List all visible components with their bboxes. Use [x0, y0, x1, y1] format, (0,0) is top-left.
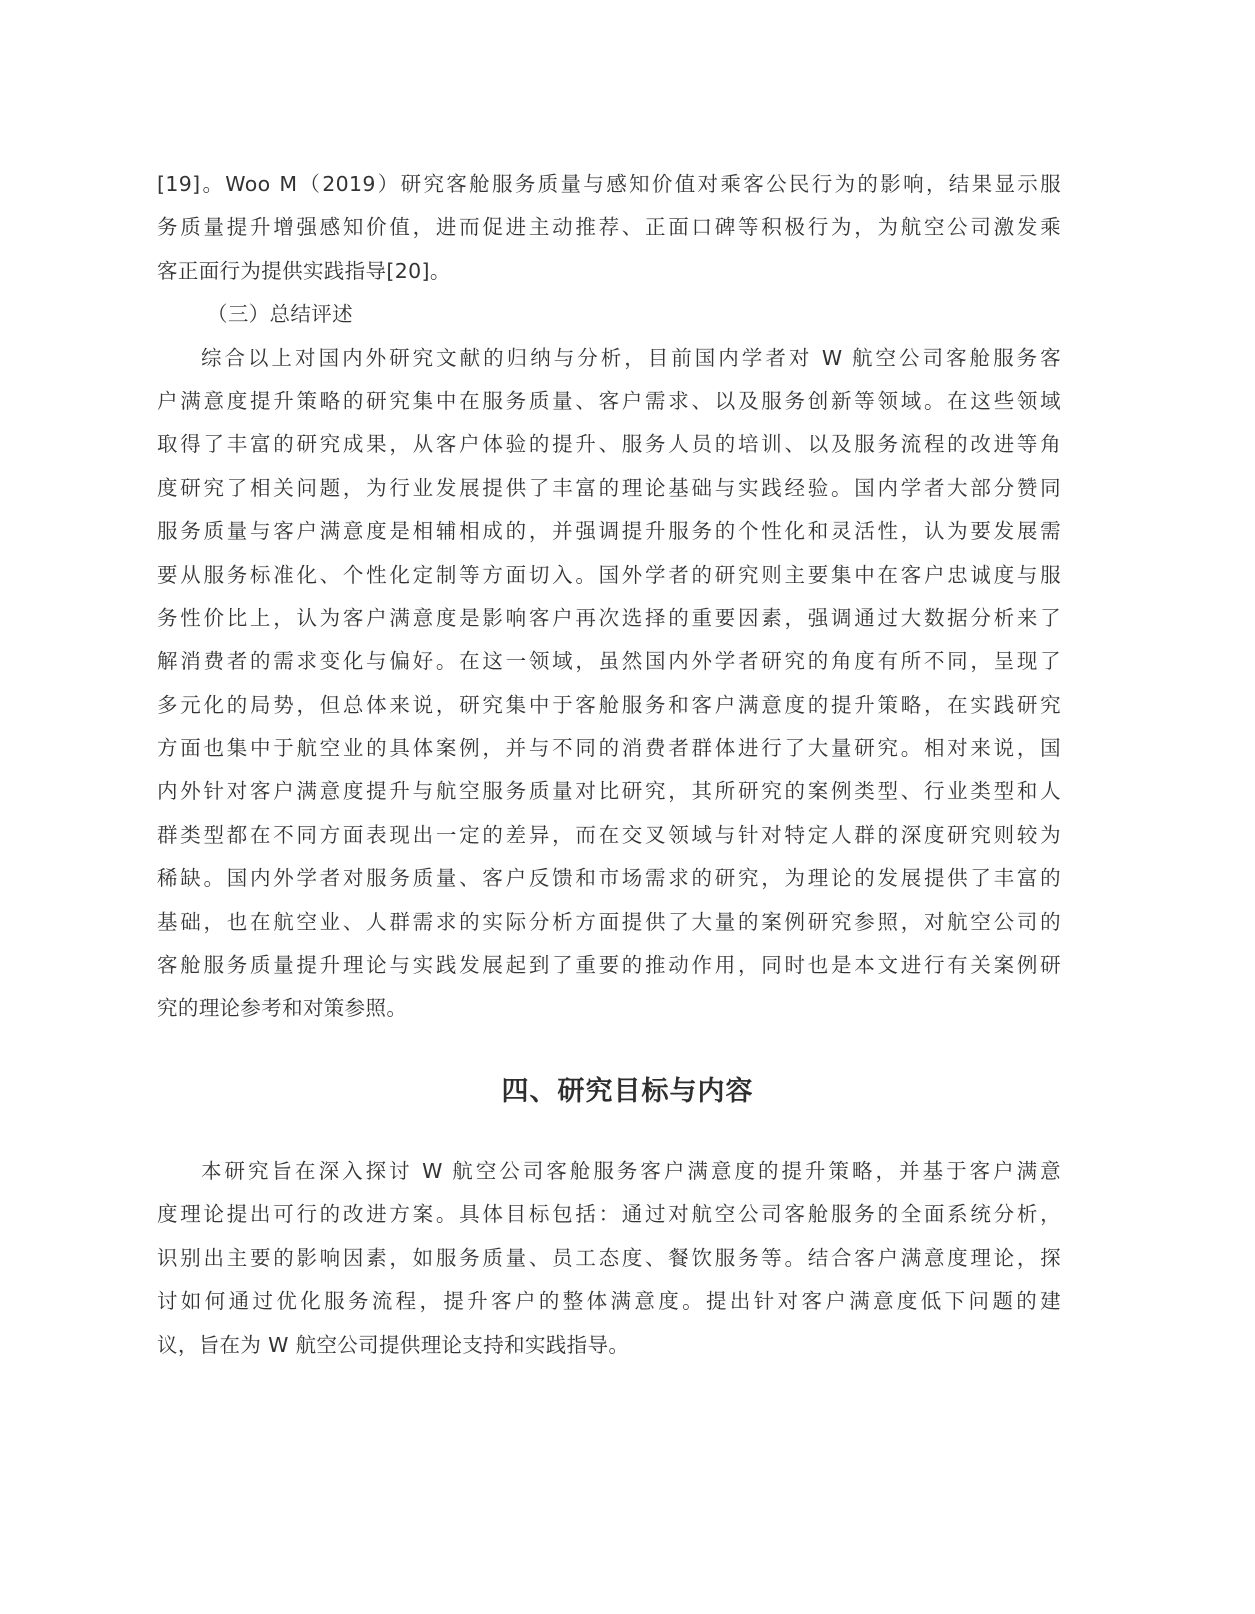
paragraph-line: 究的理论参考和对策参照。 [157, 987, 1061, 1030]
research-goals-paragraph: 本研究旨在深入探讨 W 航空公司客舱服务客户满意度的提升策略，并基于客户满意 度… [157, 1150, 1061, 1367]
paragraph-line: 要从服务标准化、个性化定制等方面切入。国外学者的研究则主要集中在客户忠诚度与服 [157, 554, 1061, 597]
paragraph-line: 讨如何通过优化服务流程，提升客户的整体满意度。提出针对客户满意度低下问题的建 [157, 1280, 1061, 1323]
paragraph-line: 稀缺。国内外学者对服务质量、客户反馈和市场需求的研究，为理论的发展提供了丰富的 [157, 857, 1061, 900]
paragraph-line: 内外针对客户满意度提升与航空服务质量对比研究，其所研究的案例类型、行业类型和人 [157, 770, 1061, 813]
paragraph-line: 务质量提升增强感知价值，进而促进主动推荐、正面口碑等积极行为，为航空公司激发乘 [157, 206, 1061, 249]
paragraph-line: 客舱服务质量提升理论与实践发展起到了重要的推动作用，同时也是本文进行有关案例研 [157, 944, 1061, 987]
paragraph-line: 议，旨在为 W 航空公司提供理论支持和实践指导。 [157, 1324, 1061, 1367]
document-body: [19]。Woo M（2019）研究客舱服务质量与感知价值对乘客公民行为的影响，… [157, 163, 1061, 1031]
paragraph-line: 取得了丰富的研究成果，从客户体验的提升、服务人员的培训、以及服务流程的改进等角 [157, 423, 1061, 466]
subsection-title: （三）总结评述 [157, 293, 1061, 336]
paragraph-line: 识别出主要的影响因素，如服务质量、员工态度、餐饮服务等。结合客户满意度理论，探 [157, 1237, 1061, 1280]
paragraph-line: 方面也集中于航空业的具体案例，并与不同的消费者群体进行了大量研究。相对来说，国 [157, 727, 1061, 770]
paragraph-line: 本研究旨在深入探讨 W 航空公司客舱服务客户满意度的提升策略，并基于客户满意 [157, 1150, 1061, 1193]
paragraph-line: 务性价比上，认为客户满意度是影响客户再次选择的重要因素，强调通过大数据分析来了 [157, 597, 1061, 640]
paragraph-line: 多元化的局势，但总体来说，研究集中于客舱服务和客户满意度的提升策略，在实践研究 [157, 684, 1061, 727]
paragraph-line: 群类型都在不同方面表现出一定的差异，而在交叉领域与针对特定人群的深度研究则较为 [157, 814, 1061, 857]
paragraph-line: 基础，也在航空业、人群需求的实际分析方面提供了大量的案例研究参照，对航空公司的 [157, 901, 1061, 944]
paragraph-line: 度理论提出可行的改进方案。具体目标包括：通过对航空公司客舱服务的全面系统分析， [157, 1193, 1061, 1236]
paragraph-line: 客正面行为提供实践指导[20]。 [157, 250, 1061, 293]
paragraph-line: 度研究了相关问题，为行业发展提供了丰富的理论基础与实践经验。国内学者大部分赞同 [157, 467, 1061, 510]
paragraph-line: 综合以上对国内外研究文献的归纳与分析，目前国内学者对 W 航空公司客舱服务客 [157, 337, 1061, 380]
paragraph-line: [19]。Woo M（2019）研究客舱服务质量与感知价值对乘客公民行为的影响，… [157, 163, 1061, 206]
paragraph-line: 服务质量与客户满意度是相辅相成的，并强调提升服务的个性化和灵活性，认为要发展需 [157, 510, 1061, 553]
paragraph-line: 户满意度提升策略的研究集中在服务质量、客户需求、以及服务创新等领域。在这些领域 [157, 380, 1061, 423]
paragraph-line: 解消费者的需求变化与偏好。在这一领域，虽然国内外学者研究的角度有所不同，呈现了 [157, 640, 1061, 683]
section-heading: 四、研究目标与内容 [0, 1070, 1255, 1114]
